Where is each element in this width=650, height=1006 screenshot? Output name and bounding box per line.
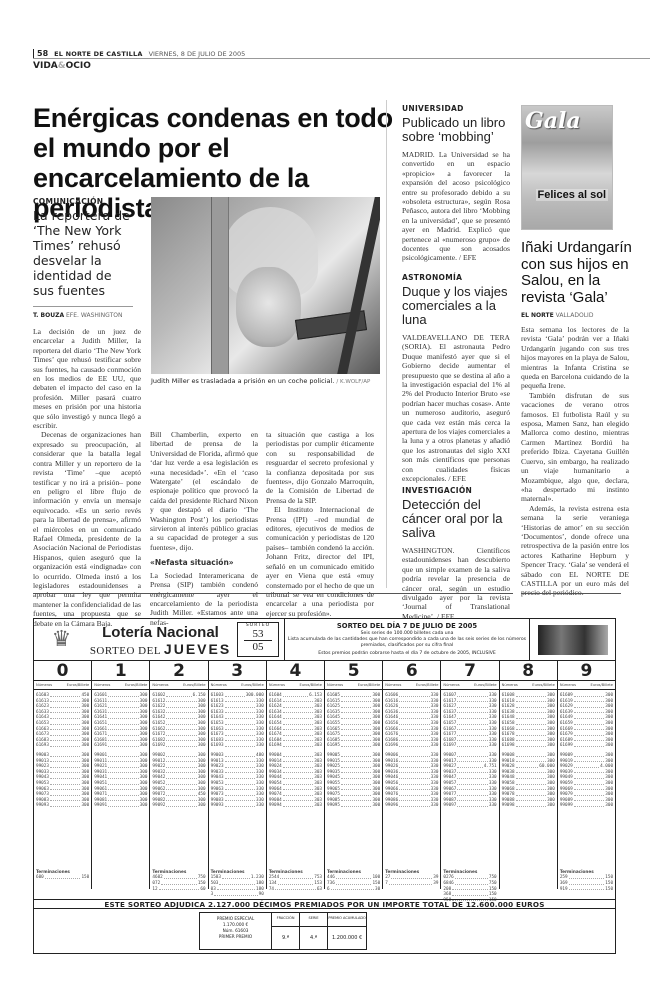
ticket-number: 61693: [36, 743, 49, 749]
dot-leader: [164, 875, 197, 879]
dot-leader: [574, 770, 605, 774]
column-header: NúmerosEuros/Billete: [500, 681, 558, 689]
dot-leader: [399, 715, 430, 719]
dot-leader: [516, 753, 547, 757]
dot-leader: [225, 781, 256, 785]
newspaper-name: EL NORTE DE CASTILLA: [54, 50, 142, 58]
article-column-1: La decisión de un juez de encarcelar a J…: [33, 327, 141, 628]
caption-text: Judith Miller es trasladada a prisión en…: [151, 377, 334, 385]
ending-prize: 90: [259, 892, 264, 898]
dot-leader: [283, 721, 314, 725]
lottery-column: 616046.153616143036162430361634303616443…: [267, 690, 325, 889]
serie-label: SERIE: [300, 913, 327, 927]
dot-leader: [283, 803, 314, 807]
brief-body: MADRID. La Universidad se ha convertido …: [402, 150, 510, 263]
dot-leader: [225, 798, 256, 802]
dot-leader: [516, 775, 547, 779]
dot-leader: [574, 721, 605, 725]
dot-leader: [108, 738, 139, 742]
dot-leader: [574, 759, 605, 763]
dot-leader: [341, 803, 372, 807]
dot-leader: [108, 787, 139, 791]
dot-leader: [457, 699, 488, 703]
lottery-column: 6160130061611300616213006163130061641300…: [92, 690, 150, 889]
dot-leader: [516, 803, 547, 807]
section-ampersand: &: [58, 61, 66, 71]
final-digit-headers: 0123456789: [34, 661, 615, 681]
dot-leader: [108, 753, 139, 757]
article-deck-block: COMUNICACIÓN La reportera de ‘The New Yo…: [33, 197, 148, 307]
dot-leader: [574, 738, 605, 742]
dot-leader: [516, 759, 547, 763]
dot-leader: [225, 738, 256, 742]
dot-leader: [399, 738, 430, 742]
photo-shape: [236, 267, 301, 347]
dot-leader: [166, 699, 197, 703]
dot-leader: [331, 887, 374, 891]
gala-bottom-rule: [521, 593, 621, 594]
lottery-column: 616026.150616123006162230061632300616423…: [150, 690, 208, 889]
terminacion-row: 739: [385, 881, 438, 887]
dot-leader: [574, 699, 605, 703]
header-euros: Euros/Billete: [299, 683, 322, 687]
dot-leader: [341, 743, 372, 747]
subtitle-a: SORTEO DEL: [90, 645, 161, 657]
prize-amount: 300: [81, 803, 89, 809]
dot-leader: [225, 732, 256, 736]
dot-leader: [225, 704, 256, 708]
prize-amount: 300: [140, 743, 148, 749]
dot-leader: [341, 732, 372, 736]
dot-leader: [50, 792, 81, 796]
dot-leader: [50, 693, 81, 697]
dot-leader: [516, 732, 547, 736]
dot-leader: [225, 759, 256, 763]
dot-leader: [341, 710, 372, 714]
dot-leader: [225, 787, 256, 791]
lottery-row: 99099300: [560, 803, 613, 809]
header-euros: Euros/Billete: [183, 683, 206, 687]
terminacion-row: 7463: [269, 887, 322, 893]
dot-leader: [108, 798, 139, 802]
dot-leader: [574, 764, 599, 768]
final-digit-header: 5: [325, 661, 383, 680]
dot-leader: [50, 798, 81, 802]
lottery-row: 99091300: [94, 803, 147, 809]
byline-place: EFE. WASHINGTON: [66, 312, 122, 319]
dot-leader: [457, 787, 488, 791]
dot-leader: [455, 881, 488, 885]
dot-leader: [108, 715, 139, 719]
dot-leader: [457, 775, 488, 779]
article-kicker: COMUNICACIÓN: [33, 197, 148, 206]
photo-shape: [211, 197, 229, 374]
dot-leader: [341, 798, 372, 802]
dot-leader: [399, 803, 430, 807]
dot-leader: [108, 704, 139, 708]
dot-leader: [569, 875, 605, 879]
gala-byline: EL NORTE VALLADOLID: [521, 312, 593, 319]
dot-leader: [399, 781, 430, 785]
header-numero: Números: [36, 683, 52, 687]
dot-leader: [341, 787, 372, 791]
dot-leader: [283, 693, 308, 697]
dot-leader: [341, 715, 372, 719]
dot-leader: [457, 743, 488, 747]
header-numero: Números: [385, 683, 401, 687]
dot-leader: [50, 727, 81, 731]
lottery-row: 99094303: [269, 803, 322, 809]
dot-leader: [161, 881, 197, 885]
dot-leader: [516, 798, 547, 802]
lottery-column: 6160633061616330616263306163633061646330…: [383, 690, 441, 889]
final-digit-header: 6: [383, 661, 441, 680]
terminaciones-block: Terminaciones600150: [36, 869, 89, 881]
dot-leader: [341, 792, 372, 796]
gala-body: Esta semana los lectores de la revista ‘…: [521, 325, 629, 598]
dot-leader: [50, 699, 81, 703]
dot-leader: [50, 704, 81, 708]
dot-leader: [452, 887, 488, 891]
lottery-row: 99098300: [502, 803, 555, 809]
ticket-number: 61697: [443, 743, 456, 749]
dot-leader: [166, 715, 197, 719]
lottery-ticket-image: [530, 619, 615, 660]
dot-leader: [166, 775, 197, 779]
dot-leader: [108, 792, 139, 796]
dot-leader: [225, 770, 256, 774]
dot-leader: [399, 792, 430, 796]
brief-kicker: ASTRONOMÍA: [402, 273, 510, 282]
column-divider: [386, 100, 387, 588]
column-header: NúmerosEuros/Billete: [267, 681, 325, 689]
ending-prize: 60: [200, 887, 205, 893]
paragraph: ta situación que castiga a los periodist…: [266, 430, 374, 505]
prize-amount: 300: [140, 803, 148, 809]
terminaciones-block: Terminaciones46027500721501260: [152, 869, 205, 892]
brief-title: Detección del cáncer oral por la saliva: [402, 498, 510, 540]
prize-amount: 300: [198, 803, 206, 809]
ticket-number: 61699: [560, 743, 573, 749]
fraccion-value: 9.ª: [272, 927, 299, 949]
dot-leader: [283, 738, 314, 742]
photo-shape: [337, 197, 380, 374]
section-label-a: VIDA: [33, 61, 58, 71]
dot-leader: [50, 721, 81, 725]
subtitle-b: JUEVES: [164, 641, 231, 657]
terminaciones-block: Terminaciones259150369150919150: [560, 869, 613, 892]
brief-universidad: UNIVERSIDAD Publicado un libro sobre ‘mo…: [402, 104, 510, 263]
dot-leader: [283, 764, 314, 768]
dot-leader: [283, 781, 314, 785]
lottery-title-block: Lotería Nacional SORTEO DEL JUEVES: [89, 619, 232, 660]
dot-leader: [574, 781, 605, 785]
dot-leader: [341, 764, 372, 768]
header-euros: Euros/Billete: [125, 683, 148, 687]
dot-leader: [225, 727, 256, 731]
prize-amount: 330: [489, 743, 497, 749]
dot-leader: [341, 721, 372, 725]
dot-leader: [283, 798, 314, 802]
dot-leader: [225, 721, 256, 725]
article-column-2: Bill Chamberlin, experto en libertad de …: [150, 430, 258, 627]
dot-leader: [341, 781, 372, 785]
dot-leader: [225, 743, 256, 747]
dot-leader: [516, 738, 547, 742]
dot-leader: [336, 881, 372, 885]
dot-leader: [389, 881, 432, 885]
final-digit-header: 1: [92, 661, 150, 680]
prize-amount: 330: [431, 743, 439, 749]
special-note: PRIMER PREMIO: [200, 934, 271, 940]
final-digit-header: 2: [150, 661, 208, 680]
dot-leader: [108, 775, 139, 779]
dot-leader: [399, 775, 430, 779]
dot-leader: [108, 732, 139, 736]
dot-leader: [574, 743, 605, 747]
dot-leader: [50, 710, 81, 714]
prize-amount: 300: [547, 803, 555, 809]
terminaciones-block: Terminaciones25447531341537463: [269, 869, 322, 892]
header-euros: Euros/Billete: [532, 683, 555, 687]
dot-leader: [516, 699, 547, 703]
dot-leader: [574, 704, 605, 708]
dot-leader: [50, 715, 81, 719]
dot-leader: [50, 787, 81, 791]
dot-leader: [166, 727, 197, 731]
issue-date: VIERNES, 8 DE JULIO DE 2005: [149, 50, 246, 58]
dot-leader: [457, 798, 488, 802]
dot-leader: [341, 699, 372, 703]
draw-date-title: SORTEO DEL DÍA 7 DE JULIO DE 2005: [285, 622, 529, 631]
special-prize: PREMIO ESPECIAL 1.170.000 € Núm. 61603 P…: [200, 913, 272, 949]
header-numero: Números: [443, 683, 459, 687]
acum-value: 1.200.000 €: [328, 927, 366, 949]
prize-amount: 300: [605, 803, 613, 809]
dot-leader: [399, 770, 430, 774]
dot-leader: [341, 704, 372, 708]
serie-cell: SERIE 4.ª: [300, 913, 328, 949]
section-label: VIDA&OCIO: [33, 61, 91, 71]
prize-amount: 300: [198, 743, 206, 749]
terminaciones-label: Terminaciones: [327, 869, 380, 875]
dot-leader: [283, 787, 314, 791]
prize-amount: 300: [547, 743, 555, 749]
article-byline: T. BOUZA EFE. WASHINGTON: [33, 312, 122, 319]
dot-leader: [341, 759, 372, 763]
terminaciones-label: Terminaciones: [269, 869, 322, 875]
lottery-column: 6160830061618300616283006163830061648300…: [500, 690, 558, 889]
dot-leader: [283, 704, 314, 708]
column-header: NúmerosEuros/Billete: [383, 681, 441, 689]
dot-leader: [159, 887, 200, 891]
dot-leader: [166, 704, 197, 708]
ticket-number: 99093: [36, 803, 49, 809]
byline-author: T. BOUZA: [33, 312, 64, 319]
lottery-row: 99096330: [385, 803, 438, 809]
dot-leader: [108, 721, 139, 725]
dot-leader: [574, 715, 605, 719]
dot-leader: [225, 699, 256, 703]
ticket-number: 99095: [327, 803, 340, 809]
terminaciones-block: Terminaciones446100736150630: [327, 869, 380, 892]
dot-leader: [225, 753, 256, 757]
dot-leader: [516, 727, 547, 731]
terminaciones-label: Terminaciones: [36, 869, 89, 875]
lottery-column: 6160345061613300616233006163330061643300…: [34, 690, 92, 889]
dot-leader: [516, 693, 547, 697]
page-number: 58: [33, 49, 48, 58]
lottery-header: ♛ Lotería Nacional SORTEO DEL JUEVES SOR…: [34, 619, 615, 661]
dot-leader: [50, 759, 81, 763]
final-digit-header: 0: [34, 661, 92, 680]
dot-leader: [219, 881, 255, 885]
dot-leader: [457, 727, 488, 731]
dot-leader: [50, 753, 81, 757]
dot-leader: [283, 792, 314, 796]
sorteo-number-box: SORTEO 53 05: [237, 622, 279, 657]
lottery-column: 6160733061617330616273306163733061647330…: [441, 690, 499, 889]
dot-leader: [108, 770, 139, 774]
dot-leader: [45, 875, 81, 879]
dot-leader: [574, 710, 605, 714]
paragraph: La decisión de un juez de encarcelar a J…: [33, 327, 141, 430]
dot-leader: [283, 710, 314, 714]
dot-leader: [214, 892, 257, 896]
dot-leader: [574, 803, 605, 807]
ticket-shape: [538, 625, 608, 655]
header-euros: Euros/Billete: [241, 683, 264, 687]
prize-amount: 330: [256, 743, 264, 749]
dot-leader: [166, 787, 197, 791]
dot-leader: [166, 743, 197, 747]
dot-leader: [574, 775, 605, 779]
dot-leader: [166, 764, 197, 768]
paragraph: Esta semana los lectores de la revista ‘…: [521, 325, 629, 391]
ending-number: 6: [327, 887, 330, 893]
prize-amount: 300: [372, 743, 380, 749]
column-header: NúmerosEuros/Billete: [209, 681, 267, 689]
dot-leader: [278, 881, 314, 885]
header-euros: Euros/Billete: [67, 683, 90, 687]
paragraph: También disfrutan de sus vacaciones de v…: [521, 391, 629, 504]
dot-leader: [516, 792, 547, 796]
dot-leader: [166, 732, 197, 736]
dot-leader: [341, 727, 372, 731]
dot-leader: [166, 803, 197, 807]
column-header: NúmerosEuros/Billete: [150, 681, 208, 689]
header-euros: Euros/Billete: [474, 683, 497, 687]
dot-leader: [399, 710, 430, 714]
dot-leader: [399, 787, 430, 791]
ending-prize: 63: [317, 887, 322, 893]
ticket-number: 99094: [269, 803, 282, 809]
dot-leader: [108, 764, 139, 768]
fraccion-label: FRACCIÓN: [272, 913, 299, 927]
info-line: Lista acumulada de las cantidades que ha…: [285, 637, 529, 649]
dot-leader: [225, 715, 256, 719]
dot-leader: [574, 787, 605, 791]
column-header: NúmerosEuros/Billete: [92, 681, 150, 689]
dot-leader: [574, 727, 605, 731]
prize-amount: 300: [372, 803, 380, 809]
dot-leader: [457, 803, 488, 807]
header-numero: Números: [94, 683, 110, 687]
lottery-row: 99097330: [443, 803, 496, 809]
dot-leader: [225, 792, 256, 796]
gala-headline: Iñaki Urdangarín con sus hijos en Salou,…: [521, 240, 647, 306]
dot-leader: [516, 704, 547, 708]
final-digit-header: 9: [558, 661, 615, 680]
lottery-columns: 6160345061613300616233006163330061643300…: [34, 690, 615, 889]
brief-body: VALDEAVELLANO DE TERA (SORIA). El astron…: [402, 333, 510, 484]
dot-leader: [391, 875, 432, 879]
final-digit-header: 7: [441, 661, 499, 680]
ending-number: 600: [36, 875, 44, 881]
dot-leader: [399, 721, 430, 725]
dot-leader: [283, 753, 314, 757]
dot-leader: [569, 881, 605, 885]
dot-leader: [166, 753, 197, 757]
header-euros: Euros/Billete: [358, 683, 381, 687]
dot-leader: [225, 693, 245, 697]
brief-kicker: INVESTIGACIÓN: [402, 486, 510, 495]
dot-leader: [457, 738, 488, 742]
terminaciones-label: Terminaciones: [443, 869, 496, 875]
paragraph: Además, la revista estrena esta semana l…: [521, 504, 629, 598]
brief-body: WASHINGTON. Científicos estadounidenses …: [402, 546, 510, 621]
dot-leader: [574, 753, 605, 757]
info-line: Estos premios podrán cobrarse hasta el d…: [285, 651, 529, 657]
prize-amount: 300: [605, 743, 613, 749]
byline-place: VALLADOLID: [556, 312, 594, 319]
ending-number: 3: [211, 892, 214, 898]
column-header: NúmerosEuros/Billete: [34, 681, 92, 689]
special-prize-box: PREMIO ESPECIAL 1.170.000 € Núm. 61603 P…: [199, 912, 367, 950]
ticket-number: 99093: [211, 803, 224, 809]
lottery-results-table: ♛ Lotería Nacional SORTEO DEL JUEVES SOR…: [33, 618, 616, 954]
sorteo-number: 53: [244, 628, 272, 641]
paragraph: El Instituto Internacional de Prensa (IP…: [266, 505, 374, 618]
dot-leader: [457, 710, 488, 714]
dot-leader: [399, 732, 430, 736]
lottery-row: 99092300: [152, 803, 205, 809]
dot-leader: [341, 770, 372, 774]
dot-leader: [275, 887, 316, 891]
dot-leader: [399, 764, 430, 768]
final-digit-header: 3: [209, 661, 267, 680]
dot-leader: [399, 798, 430, 802]
dot-leader: [50, 770, 81, 774]
dot-leader: [516, 710, 547, 714]
brief-investigacion: INVESTIGACIÓN Detección del cáncer oral …: [402, 486, 510, 621]
lottery-title: Lotería Nacional: [89, 624, 232, 641]
lottery-column: 6160530061615300616253006163530061645300…: [325, 690, 383, 889]
dot-leader: [50, 743, 81, 747]
dot-leader: [457, 704, 488, 708]
dot-leader: [283, 743, 314, 747]
ticket-number: 61693: [211, 743, 224, 749]
dot-leader: [399, 699, 430, 703]
column-header: NúmerosEuros/Billete: [325, 681, 383, 689]
section-label-b: OCIO: [66, 61, 91, 71]
dot-leader: [283, 775, 314, 779]
sorteo-year: 05: [238, 641, 278, 654]
ticket-number: 99099: [560, 803, 573, 809]
paragraph: Bill Chamberlin, experto en libertad de …: [150, 430, 258, 552]
dot-leader: [457, 781, 488, 785]
ending-number: 12: [152, 887, 157, 893]
